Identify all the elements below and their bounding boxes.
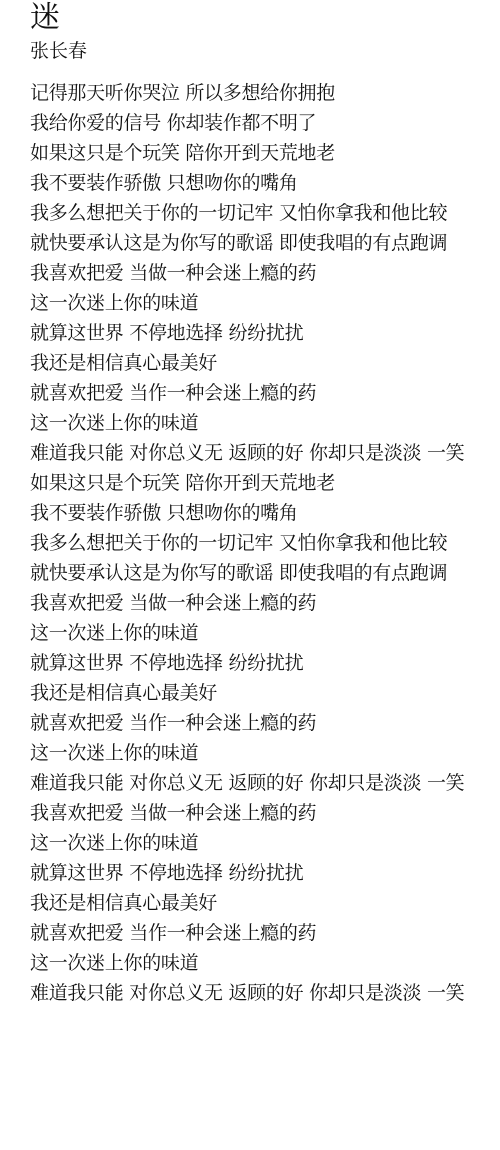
lyric-line: 我多么想把关于你的一切记牢 又怕你拿我和他比较 [30, 198, 500, 228]
song-artist: 张长春 [30, 38, 500, 78]
lyric-line: 我不要装作骄傲 只想吻你的嘴角 [30, 498, 500, 528]
lyric-line: 我喜欢把爱 当做一种会迷上瘾的药 [30, 798, 500, 828]
song-title: 迷 [30, 0, 500, 38]
lyric-line: 这一次迷上你的味道 [30, 408, 500, 438]
lyric-line: 我还是相信真心最美好 [30, 678, 500, 708]
lyric-line: 难道我只能 对你总义无 返顾的好 你却只是淡淡 一笑 [30, 978, 500, 1008]
lyric-line: 我给你爱的信号 你却装作都不明了 [30, 108, 500, 138]
lyric-line: 这一次迷上你的味道 [30, 948, 500, 978]
lyric-line: 如果这只是个玩笑 陪你开到天荒地老 [30, 468, 500, 498]
lyric-line: 就算这世界 不停地选择 纷纷扰扰 [30, 318, 500, 348]
lyric-line: 我还是相信真心最美好 [30, 348, 500, 378]
lyric-line: 我还是相信真心最美好 [30, 888, 500, 918]
lyric-line: 就算这世界 不停地选择 纷纷扰扰 [30, 858, 500, 888]
lyric-line: 我喜欢把爱 当做一种会迷上瘾的药 [30, 258, 500, 288]
lyric-line: 我不要装作骄傲 只想吻你的嘴角 [30, 168, 500, 198]
lyric-line: 就喜欢把爱 当作一种会迷上瘾的药 [30, 378, 500, 408]
lyric-line: 记得那天听你哭泣 所以多想给你拥抱 [30, 78, 500, 108]
lyric-line: 就算这世界 不停地选择 纷纷扰扰 [30, 648, 500, 678]
lyric-line: 难道我只能 对你总义无 返顾的好 你却只是淡淡 一笑 [30, 768, 500, 798]
lyric-line: 就快要承认这是为你写的歌谣 即使我唱的有点跑调 [30, 228, 500, 258]
lyric-line: 难道我只能 对你总义无 返顾的好 你却只是淡淡 一笑 [30, 438, 500, 468]
lyric-line: 就喜欢把爱 当作一种会迷上瘾的药 [30, 708, 500, 738]
lyric-line: 这一次迷上你的味道 [30, 738, 500, 768]
lyrics-list: 记得那天听你哭泣 所以多想给你拥抱我给你爱的信号 你却装作都不明了如果这只是个玩… [30, 78, 500, 1008]
lyric-line: 我多么想把关于你的一切记牢 又怕你拿我和他比较 [30, 528, 500, 558]
lyric-line: 就喜欢把爱 当作一种会迷上瘾的药 [30, 918, 500, 948]
lyric-line: 这一次迷上你的味道 [30, 288, 500, 318]
lyric-line: 我喜欢把爱 当做一种会迷上瘾的药 [30, 588, 500, 618]
lyric-line: 就快要承认这是为你写的歌谣 即使我唱的有点跑调 [30, 558, 500, 588]
lyric-line: 这一次迷上你的味道 [30, 828, 500, 858]
lyrics-page: 迷 张长春 记得那天听你哭泣 所以多想给你拥抱我给你爱的信号 你却装作都不明了如… [0, 0, 500, 1008]
lyric-line: 这一次迷上你的味道 [30, 618, 500, 648]
lyric-line: 如果这只是个玩笑 陪你开到天荒地老 [30, 138, 500, 168]
